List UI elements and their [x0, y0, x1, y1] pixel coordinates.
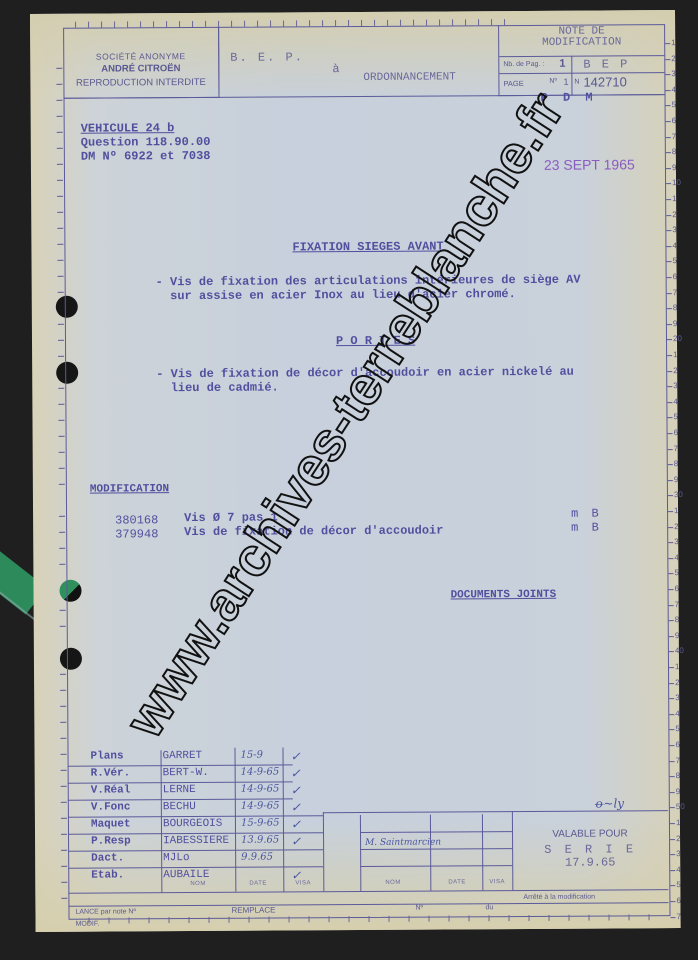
ruler-tick [670, 870, 675, 871]
ruler-number: 5 [676, 880, 681, 889]
nb-pages-value: 1 [559, 58, 565, 70]
ruler-tick [669, 667, 674, 668]
ruler-number: 6 [672, 116, 677, 125]
section-sieges-line-1: - Vis de fixation des articulations inté… [156, 273, 581, 290]
approval-name: GARRET [162, 750, 202, 762]
ruler-tick [667, 324, 672, 325]
ruler-number: 6 [675, 740, 680, 749]
ruler-tick [666, 152, 671, 153]
nb-pages-label: Nb. de Pag. : [503, 61, 544, 68]
approval-role: Plans [91, 750, 124, 762]
ruler-tick [667, 293, 672, 294]
approval-name: BOURGEOIS [163, 818, 222, 830]
approval-date: 15-9 [240, 750, 263, 761]
ruler-tick [670, 761, 675, 762]
ruler-number: 4 [673, 397, 678, 406]
ruler-number: 8 [673, 303, 678, 312]
ruler-tick [669, 698, 674, 699]
ruler-tick [667, 261, 672, 262]
ruler-number: 7 [675, 600, 680, 609]
ruler-number: 6 [674, 428, 679, 437]
ruler-tick [669, 729, 674, 730]
ruler-number: 40 [675, 646, 684, 655]
ruler-number: 1 [674, 506, 679, 515]
ruler-number: 5 [674, 568, 679, 577]
approval-name: AUBAILE [163, 869, 209, 881]
ruler-tick [665, 43, 670, 44]
ruler-number: 5 [672, 256, 677, 265]
ruler-tick [670, 901, 675, 902]
ruler-number: 3 [674, 537, 679, 546]
ruler-tick [666, 137, 671, 138]
ruler-number: 3 [675, 693, 680, 702]
col-label-name: NOM [385, 880, 401, 886]
ruler-number: 6 [674, 584, 679, 593]
ruler-number: 2 [672, 210, 677, 219]
ruler-tick [665, 90, 670, 91]
ruler-tick [666, 246, 671, 247]
ruler-number: 1 [671, 38, 676, 47]
ruler-tick [670, 839, 675, 840]
lance-label: LANCE par note Nº [75, 908, 136, 915]
ruler-tick [669, 714, 674, 715]
number-label: N [574, 79, 579, 86]
ruler-number: 5 [673, 412, 678, 421]
ruler-tick [665, 59, 670, 60]
section-portes-line-2: lieu de cadmié. [156, 380, 279, 395]
ruler-tick [667, 402, 672, 403]
date-stamp: 23 SEPT 1965 [544, 156, 635, 173]
approval-visa: ✓ [291, 800, 301, 814]
ruler-tick [666, 215, 671, 216]
ruler-number: 2 [674, 522, 679, 531]
approval-visa: ✓ [290, 749, 300, 763]
handwritten-name: M. Saintmarcien [365, 838, 441, 848]
ruler-tick [669, 589, 674, 590]
col-label-visa: VISA [295, 880, 311, 886]
ruler-number: 4 [675, 709, 680, 718]
right-ruler: 1234567891012345678920123456789301234567… [665, 24, 690, 914]
ruler-tick [670, 854, 675, 855]
ruler-tick [668, 511, 673, 512]
ruler-tick [666, 230, 671, 231]
ruler-tick [667, 417, 672, 418]
to-service: ORDONNANCEMENT [363, 71, 455, 84]
ruler-tick [668, 449, 673, 450]
to-prefix: à [332, 62, 339, 76]
ruler-tick [666, 183, 671, 184]
dm-ref: DM Nº 6922 et 7038 [81, 149, 211, 164]
question-ref: Question 118.90.00 [81, 135, 211, 150]
approval-name: MJLo [163, 852, 189, 864]
ruler-number: 7 [672, 132, 677, 141]
validity-label: VALABLE POUR [512, 828, 668, 840]
ruler-tick [669, 745, 674, 746]
remplace-label: REMPLACE [231, 906, 275, 915]
approval-date: 14-9-65 [241, 800, 280, 811]
ruler-number: 8 [674, 459, 679, 468]
serie-date: 17.9.65 [512, 855, 668, 870]
ruler-number: 4 [672, 241, 677, 250]
ruler-number: 1 [676, 818, 681, 827]
ruler-number: 10 [672, 178, 681, 187]
ruler-tick [667, 308, 672, 309]
ruler-tick [668, 433, 673, 434]
note-title-2: MODIFICATION [499, 37, 664, 49]
company-block: SOCIÉTÉ ANONYME ANDRÉ CITROËN REPRODUCTI… [63, 27, 219, 99]
ruler-tick [668, 573, 673, 574]
approval-role: Etab. [91, 869, 124, 881]
ruler-tick [666, 105, 671, 106]
approval-name: IABESSIERE [163, 835, 229, 847]
approval-name: LERNE [163, 784, 196, 796]
page-no-label: Nº [549, 78, 557, 85]
ruler-number: 9 [673, 319, 678, 328]
ruler-number: 8 [675, 615, 680, 624]
ruler-number: 3 [676, 849, 681, 858]
ruler-number: 6 [673, 272, 678, 281]
col-label-date: DATE [249, 881, 267, 887]
ruler-number: 9 [672, 163, 677, 172]
ruler-tick [668, 464, 673, 465]
ruler-tick [667, 339, 672, 340]
col-label-name: NOM [190, 881, 206, 887]
arrete-label: Arrêté à la modification [523, 894, 595, 901]
ruler-number: 2 [675, 678, 680, 687]
ruler-tick [669, 620, 674, 621]
ruler-number: 2 [673, 366, 678, 375]
ruler-number: 3 [672, 225, 677, 234]
modification-title: MODIFICATION [90, 483, 169, 495]
approval-role: R.Vér. [91, 767, 131, 779]
approval-date: 9.9.65 [241, 852, 273, 863]
note-number: 142710 [583, 74, 626, 89]
ruler-tick [666, 168, 671, 169]
ruler-tick [668, 495, 673, 496]
approval-date: 14-9-65 [241, 766, 280, 777]
ruler-number: 1 [672, 194, 677, 203]
approval-role: Dact. [91, 852, 124, 864]
ruler-number: 1 [673, 350, 678, 359]
handwritten-initials: ꝋ~ly [595, 796, 624, 810]
ruler-tick [670, 807, 675, 808]
part-number: 379948 [115, 527, 158, 541]
ruler-number: 8 [672, 147, 677, 156]
ruler-number: 4 [674, 553, 679, 562]
ruler-number: 20 [673, 334, 682, 343]
ruler-tick [670, 792, 675, 793]
vehicle-ref: VEHICULE 24 b [81, 121, 175, 136]
du-label: du [485, 904, 493, 911]
ruler-tick [670, 823, 675, 824]
ruler-number: 6 [676, 896, 681, 905]
approval-visa: ✓ [291, 817, 301, 831]
page-no-value: 1 [563, 77, 568, 87]
approval-role: V.Fonc [91, 801, 131, 813]
documents-joints-title: DOCUMENTS JOINTS [451, 589, 557, 602]
part-code: m B [571, 507, 602, 521]
approval-role: V.Réal [91, 784, 131, 796]
left-ruler [30, 28, 69, 918]
approval-visa: ✓ [291, 783, 301, 797]
approval-visa: ✓ [291, 834, 301, 848]
ruler-tick [669, 651, 674, 652]
approval-date: 13.9.65 [241, 834, 279, 845]
ruler-tick [669, 683, 674, 684]
ruler-tick [668, 527, 673, 528]
ruler-tick [671, 917, 676, 918]
approval-role: P.Resp [91, 835, 131, 847]
ruler-tick [669, 636, 674, 637]
ruler-number: 1 [675, 662, 680, 671]
company-type: SOCIÉTÉ ANONYME [63, 51, 218, 62]
ruler-tick [667, 371, 672, 372]
ruler-number: 30 [674, 490, 683, 499]
approval-role: Maquet [91, 818, 131, 830]
ruler-tick [666, 199, 671, 200]
ruler-number: 2 [676, 834, 681, 843]
ruler-number: 2 [671, 54, 676, 63]
col-label-date: DATE [448, 879, 466, 885]
ruler-number: 9 [674, 475, 679, 484]
ruler-number: 7 [676, 912, 681, 921]
ruler-number: 50 [676, 802, 685, 811]
ruler-tick [667, 355, 672, 356]
approval-name: BECHU [163, 801, 196, 813]
ruler-tick [665, 74, 670, 75]
ruler-tick [670, 776, 675, 777]
ruler-number: 7 [673, 288, 678, 297]
col-label-visa: VISA [489, 879, 505, 885]
approval-date: 14-9-65 [241, 783, 280, 794]
approval-date: 15-9-65 [241, 817, 280, 828]
document-page: 1234567891012345678920123456789301234567… [30, 10, 681, 932]
ruler-tick [669, 605, 674, 606]
ruler-number: 5 [672, 100, 677, 109]
ruler-number: 5 [675, 724, 680, 733]
ruler-tick [668, 480, 673, 481]
service-code: B E P [583, 57, 629, 71]
ruler-number: 4 [676, 865, 681, 874]
ruler-tick [666, 121, 671, 122]
ruler-number: 7 [676, 756, 681, 765]
no-label: Nº [415, 905, 423, 912]
approval-visa: ✓ [291, 766, 301, 780]
approval-name: BERT-W. [163, 767, 209, 779]
ruler-number: 4 [671, 85, 676, 94]
ruler-number: 9 [675, 631, 680, 640]
ruler-tick [668, 542, 673, 543]
ruler-tick [667, 277, 672, 278]
ruler-tick [670, 885, 675, 886]
from-service: B. E. P. [230, 50, 304, 64]
part-number: 380168 [115, 513, 158, 527]
ruler-number: 7 [674, 444, 679, 453]
ruler-number: 3 [671, 69, 676, 78]
ruler-number: 3 [673, 381, 678, 390]
ruler-number: 8 [676, 771, 681, 780]
ruler-number: 9 [676, 787, 681, 796]
ruler-tick [668, 558, 673, 559]
ruler-tick [667, 386, 672, 387]
part-label: Vis de fixation de décor d'accoudoir [184, 523, 443, 539]
company-name: ANDRÉ CITROËN [63, 63, 218, 75]
reproduction-notice: REPRODUCTION INTERDITE [63, 77, 218, 89]
part-code: m B [571, 521, 602, 535]
